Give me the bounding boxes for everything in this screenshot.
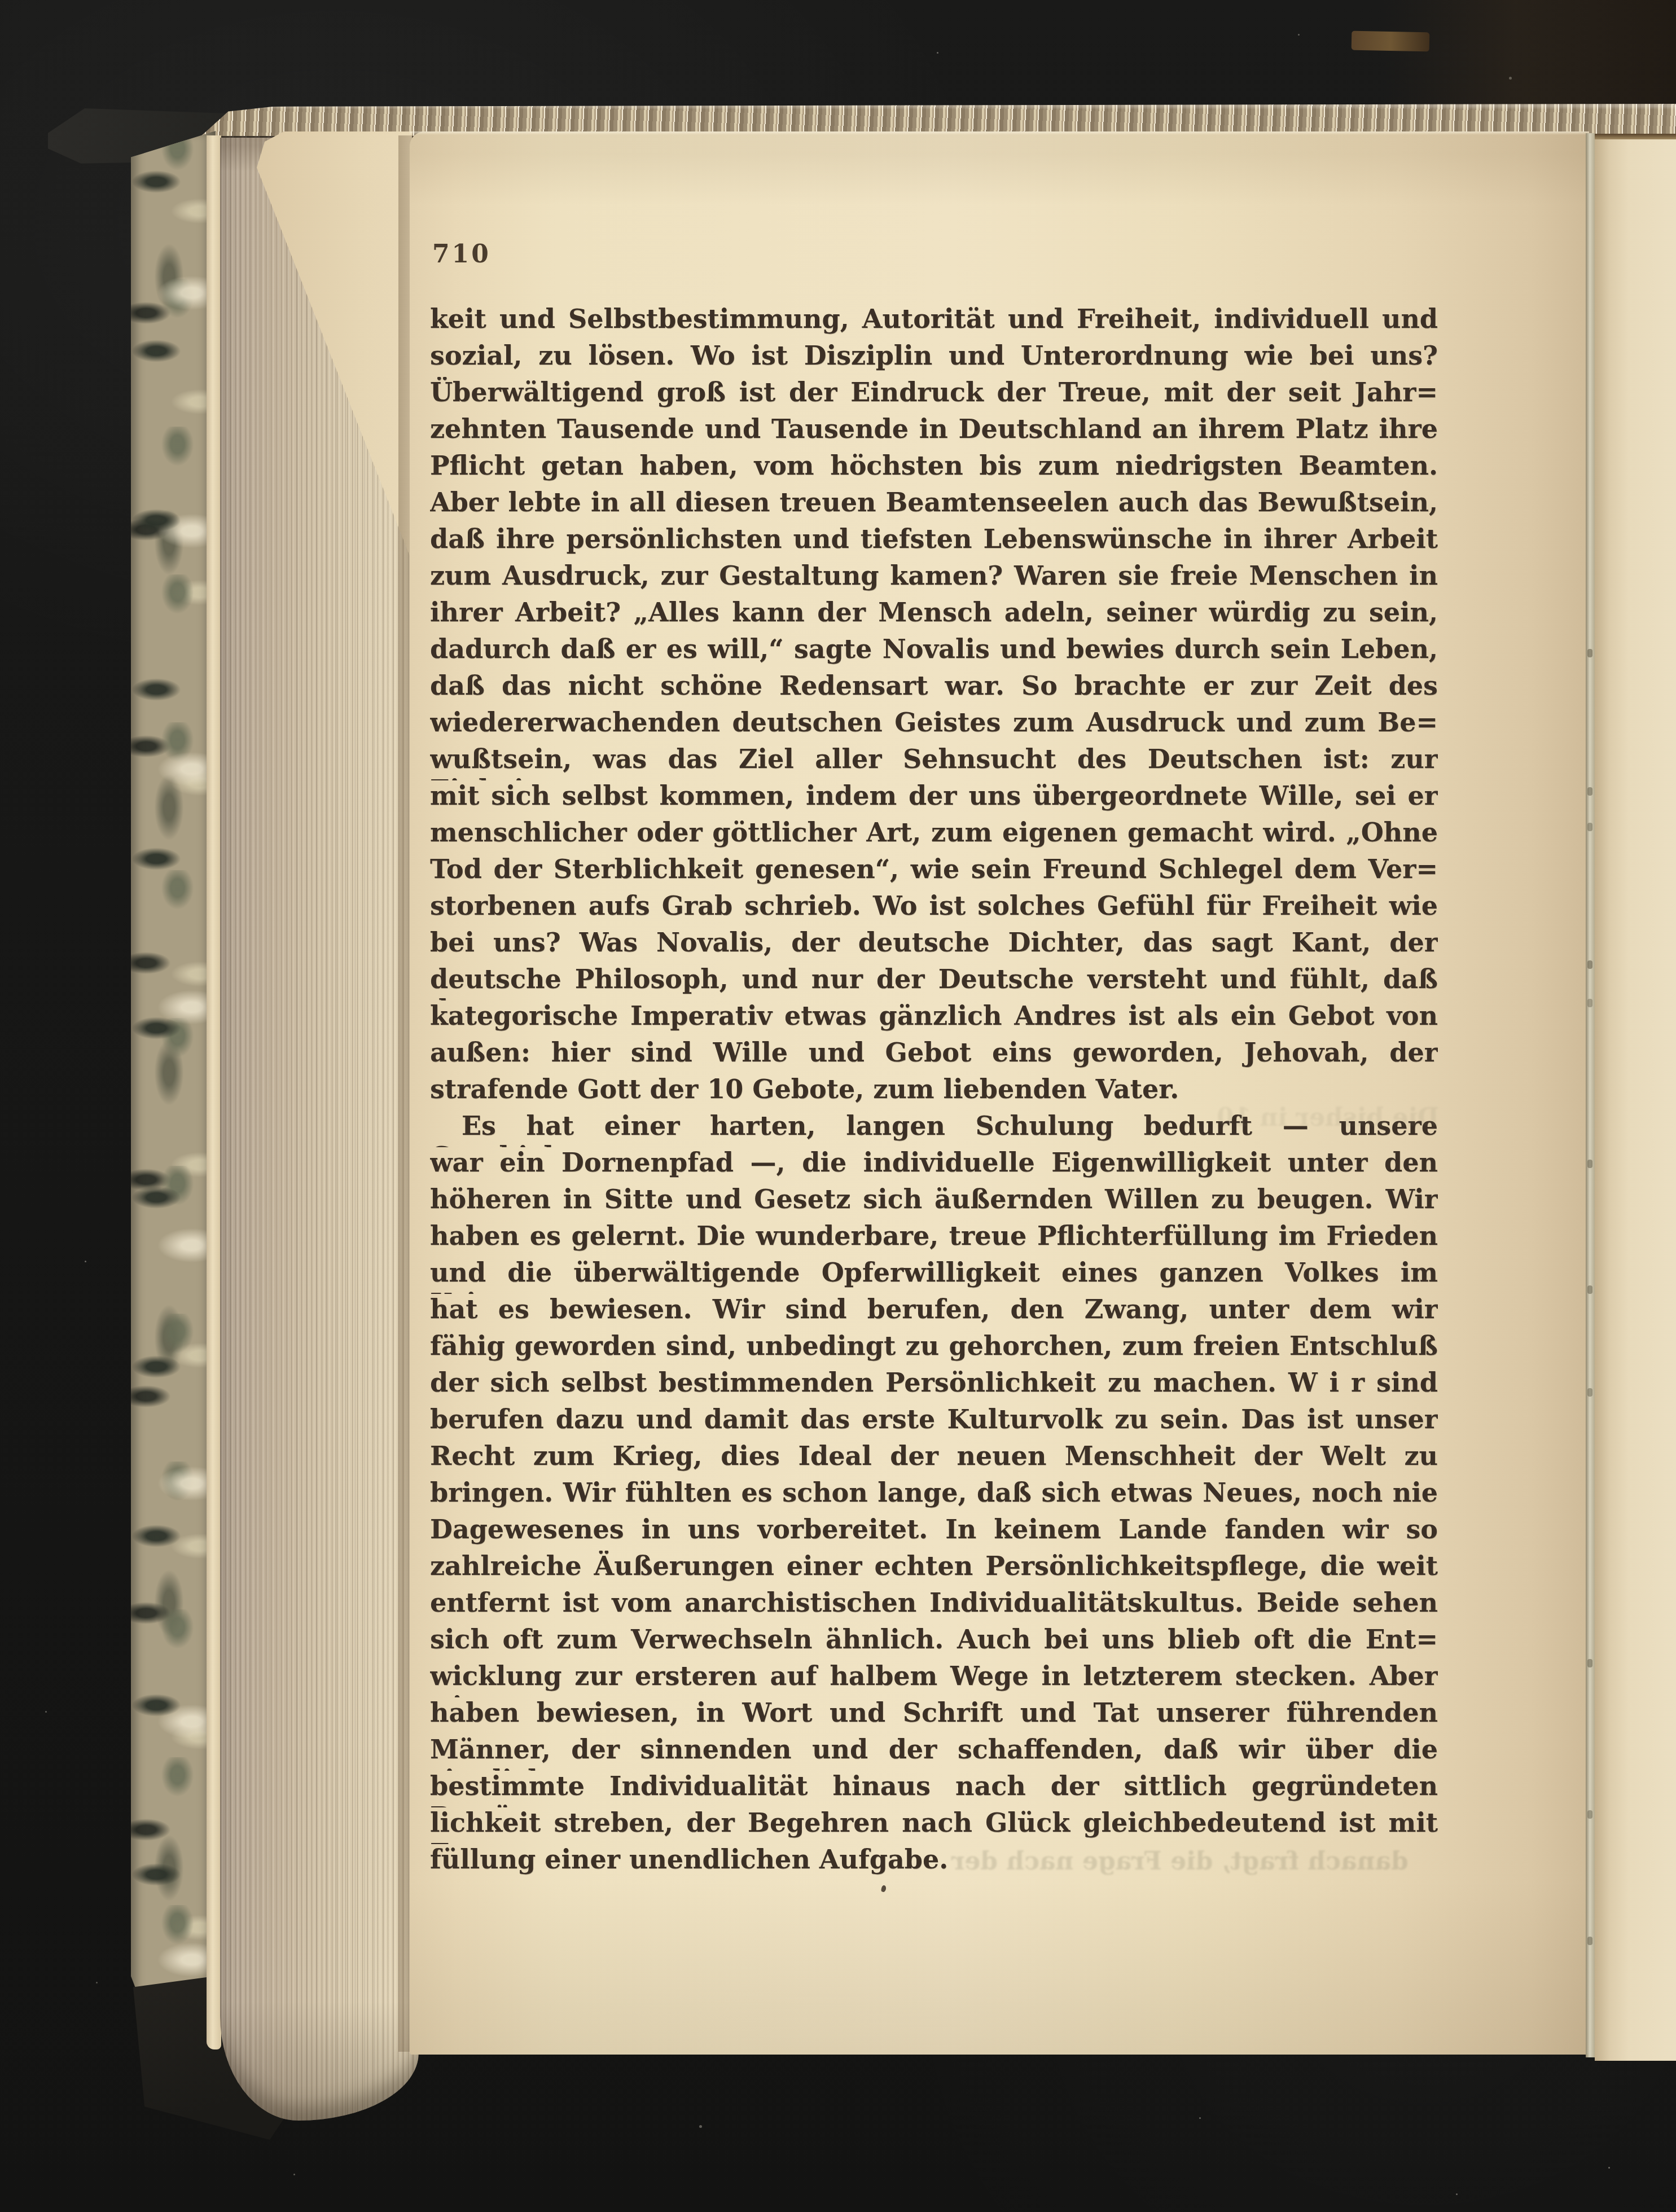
right-page-sliver [1595, 139, 1676, 2061]
text-line: entfernt ist vom anarchistischen Individ… [430, 1587, 1438, 1624]
text-line: wußtsein, was das Ziel aller Sehnsucht d… [430, 744, 1438, 780]
text-line: storbenen aufs Grab schrieb. Wo ist solc… [430, 890, 1438, 927]
binding-stitches [1587, 649, 1592, 657]
text-line: dadurch daß er es will,“ sagte Novalis u… [430, 634, 1438, 670]
text-line: wicklung zur ersteren auf halbem Wege in… [430, 1661, 1438, 1697]
text-line: zum Ausdruck, zur Gestaltung kamen? Ware… [430, 560, 1438, 597]
page-number: 710 [432, 242, 491, 267]
text-line: Männer, der sinnenden und der schaffende… [430, 1734, 1438, 1771]
text-line: war ein Dornenpfad —, die individuelle E… [430, 1147, 1438, 1184]
text-line: sich oft zum Verwechseln ähnlich. Auch b… [430, 1624, 1438, 1661]
text-line: deutsche Philosoph, und nur der Deutsche… [430, 964, 1438, 1000]
book-scan-photo: 710 keit und Selbstbestimmung, Autorität… [0, 0, 1676, 2212]
text-line: fähig geworden sind, unbedingt zu gehorc… [430, 1331, 1438, 1367]
text-line: bringen. Wir fühlten es schon lange, daß… [430, 1477, 1438, 1514]
text-line: berufen dazu und damit das erste Kulturv… [430, 1404, 1438, 1441]
text-line: haben es gelernt. Die wunderbare, treue … [430, 1221, 1438, 1257]
text-line: bei uns? Was Novalis, der deutsche Dicht… [430, 927, 1438, 964]
bleedthrough-text-bottom: danach fragt, die Frage nach der [951, 1847, 1409, 1876]
marbled-cover-edge [131, 131, 216, 2010]
text-line: außen: hier sind Wille und Gebot eins ge… [430, 1037, 1438, 1074]
text-line: mit sich selbst kommen, indem der uns üb… [430, 780, 1438, 817]
text-line: menschlicher oder göttlicher Art, zum ei… [430, 817, 1438, 854]
text-line: Tod der Sterblichkeit genesen“, wie sein… [430, 854, 1438, 890]
text-line: kategorische Imperativ etwas gänzlich An… [430, 1000, 1438, 1037]
bleedthrough-text-mid: Die bisher in 10 [1217, 1103, 1439, 1132]
text-line: Pflicht getan haben, vom höchsten bis zu… [430, 450, 1438, 487]
ink-blot [881, 1885, 887, 1893]
text-line: zehnten Tausende und Tausende in Deutsch… [430, 414, 1438, 450]
gutter-seam [1586, 133, 1595, 2057]
text-line: haben bewiesen, in Wort und Schrift und … [430, 1697, 1438, 1734]
text-line: Aber lebte in all diesen treuen Beamtens… [430, 487, 1438, 524]
text-line: Dagewesenes in uns vorbereitet. In keine… [430, 1514, 1438, 1551]
text-line: Recht zum Krieg, dies Ideal der neuen Me… [430, 1441, 1438, 1477]
text-line: ihrer Arbeit? „Alles kann der Mensch ade… [430, 597, 1438, 634]
headband-fragment [1352, 31, 1430, 52]
text-line: und die überwältigende Opferwilligkeit e… [430, 1257, 1438, 1294]
text-line: der sich selbst bestimmenden Persönlichk… [430, 1367, 1438, 1404]
text-line: wiedererwachenden deutschen Geistes zum … [430, 707, 1438, 744]
flyleaf-edge [207, 135, 221, 2049]
text-line: keit und Selbstbestimmung, Autorität und… [430, 304, 1438, 340]
left-page: 710 keit und Selbstbestimmung, Autorität… [410, 131, 1589, 2055]
page-text-block: keit und Selbstbestimmung, Autorität und… [430, 304, 1438, 1881]
text-line: zahlreiche Äußerungen einer echten Persö… [430, 1551, 1438, 1587]
text-line: hat es bewiesen. Wir sind berufen, den Z… [430, 1294, 1438, 1331]
text-line: höheren in Sitte und Gesetz sich äußernd… [430, 1184, 1438, 1221]
text-line: bestimmte Individualität hinaus nach der… [430, 1771, 1438, 1807]
text-line: sozial, zu lösen. Wo ist Disziplin und U… [430, 340, 1438, 377]
text-line: daß das nicht schöne Redensart war. So b… [430, 670, 1438, 707]
text-line: lichkeit streben, der Begehren nach Glüc… [430, 1807, 1438, 1844]
text-line: daß ihre persönlichsten und tiefsten Leb… [430, 524, 1438, 560]
text-line: Überwältigend groß ist der Eindruck der … [430, 377, 1438, 414]
